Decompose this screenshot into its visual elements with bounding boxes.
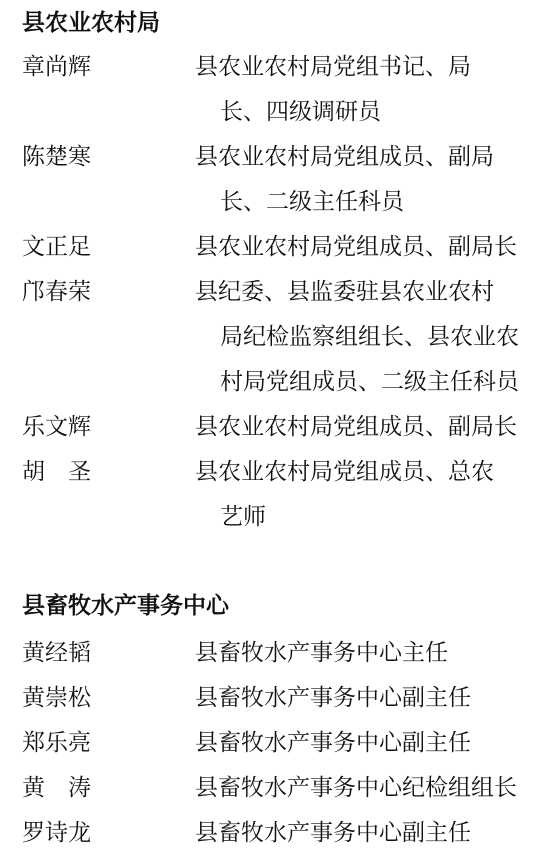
person-name: 邝春荣 (22, 277, 91, 307)
position-line: 县畜牧水产事务中心纪检组组长 (195, 773, 517, 803)
section-title-livestock-aquatic-center: 县畜牧水产事务中心 (22, 591, 229, 621)
person-name: 黄经韬 (22, 638, 91, 668)
position-line: 村局党组成员、二级主任科员 (220, 367, 519, 397)
person-name: 章尚辉 (22, 52, 91, 82)
section-title-agriculture-bureau: 县农业农村局 (22, 8, 160, 38)
person-name: 胡 圣 (22, 457, 91, 487)
document-page: 县农业农村局 章尚辉 县农业农村局党组书记、局 长、四级调研员 陈楚寒 县农业农… (0, 0, 556, 862)
person-name: 文正足 (22, 232, 91, 262)
position-line: 局纪检监察组组长、县农业农 (220, 322, 519, 352)
person-name: 罗诗龙 (22, 818, 91, 848)
position-line: 长、四级调研员 (220, 97, 381, 127)
position-line: 县农业农村局党组书记、局 (195, 52, 471, 82)
position-line: 县畜牧水产事务中心副主任 (195, 728, 471, 758)
position-line: 县畜牧水产事务中心主任 (195, 638, 448, 668)
position-line: 县农业农村局党组成员、总农 (195, 457, 494, 487)
position-line: 县农业农村局党组成员、副局 (195, 142, 494, 172)
position-line: 县纪委、县监委驻县农业农村 (195, 277, 494, 307)
position-line: 县畜牧水产事务中心副主任 (195, 818, 471, 848)
position-line: 县畜牧水产事务中心副主任 (195, 683, 471, 713)
person-name: 乐文辉 (22, 412, 91, 442)
position-line: 长、二级主任科员 (220, 187, 404, 217)
position-line: 县农业农村局党组成员、副局长 (195, 412, 517, 442)
position-line: 县农业农村局党组成员、副局长 (195, 232, 517, 262)
person-name: 黄 涛 (22, 773, 91, 803)
person-name: 黄崇松 (22, 683, 91, 713)
position-line: 艺师 (220, 502, 266, 532)
person-name: 郑乐亮 (22, 728, 91, 758)
person-name: 陈楚寒 (22, 142, 91, 172)
